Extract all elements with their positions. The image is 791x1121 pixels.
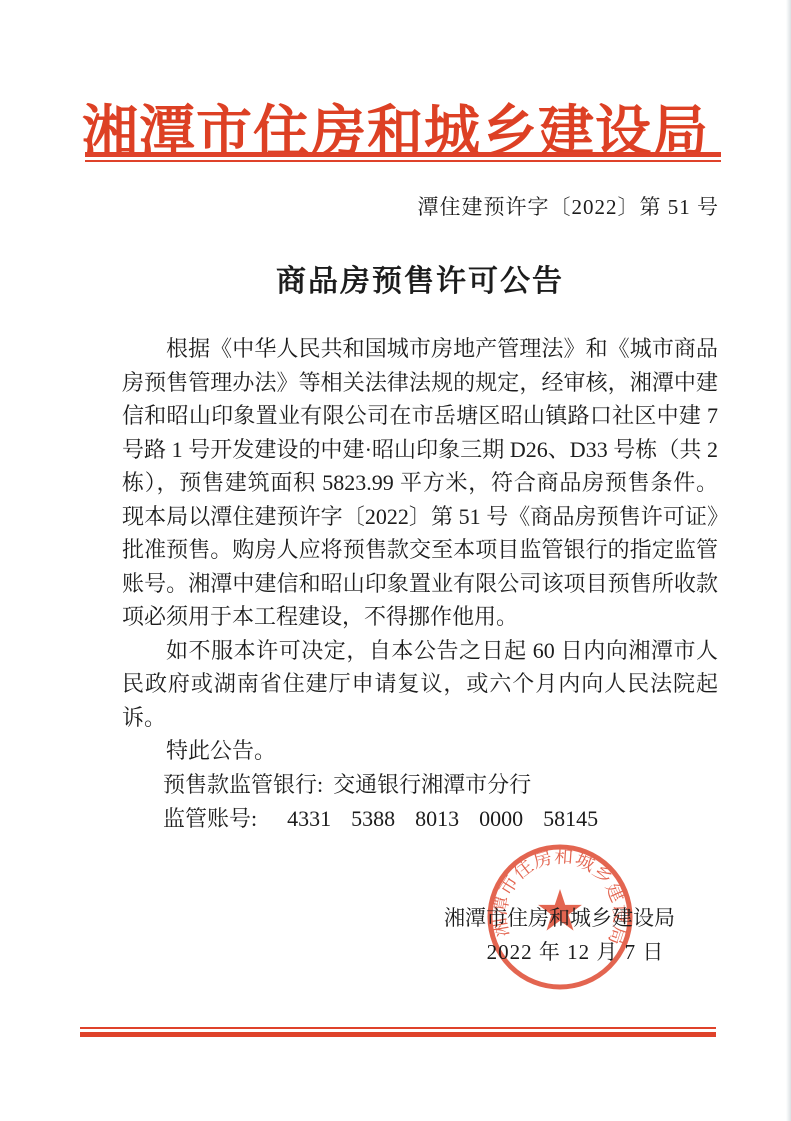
document-reference-number: 潭住建预许字〔2022〕第 51 号: [418, 191, 720, 221]
supervising-bank-name: 交通银行湘潭市分行: [333, 772, 531, 797]
divider-thin-line: [85, 160, 721, 162]
account-number-group: 58145: [543, 806, 598, 831]
account-number-group: 8013: [415, 806, 459, 831]
supervising-bank-line: 预售款监管银行:交通银行湘潭市分行: [163, 768, 598, 802]
supervising-account-label: 监管账号:: [163, 806, 257, 831]
signature-date: 2022 年 12 月 7 日: [460, 935, 691, 969]
footer-divider: [80, 1027, 716, 1037]
supervising-account-line: 监管账号:433153888013000058145: [163, 802, 598, 836]
signature-block: 湘潭市住房和城乡建设局 2022 年 12 月 7 日: [444, 901, 675, 969]
signature-agency-name: 湘潭市住房和城乡建设局: [444, 901, 675, 935]
notice-title: 商品房预售许可公告: [122, 256, 718, 300]
document-page: 湘潭市住房和城乡建设局 潭住建预许字〔2022〕第 51 号 商品房预售许可公告…: [0, 0, 791, 1121]
account-number-group: 5388: [351, 806, 395, 831]
bank-info-block: 预售款监管银行:交通银行湘潭市分行 监管账号:43315388801300005…: [163, 768, 598, 835]
letterhead-divider: [85, 152, 721, 162]
paragraph-closing: 特此公告。: [122, 734, 718, 768]
account-number-group: 4331: [287, 806, 331, 831]
divider-thick-line: [80, 1032, 716, 1037]
scan-edge-artifact: [786, 0, 791, 1121]
account-number-group: 0000: [479, 806, 523, 831]
paragraph-appeal-rights: 如不服本许可决定，自本公告之日起 60 日内向湘潭市人民政府或湖南省住建厅申请复…: [122, 634, 718, 735]
notice-body: 根据《中华人民共和国城市房地产管理法》和《城市商品房预售管理办法》等相关法律法规…: [122, 332, 718, 768]
supervising-bank-label: 预售款监管银行:: [163, 772, 323, 797]
paragraph-legal-basis: 根据《中华人民共和国城市房地产管理法》和《城市商品房预售管理办法》等相关法律法规…: [122, 332, 718, 634]
